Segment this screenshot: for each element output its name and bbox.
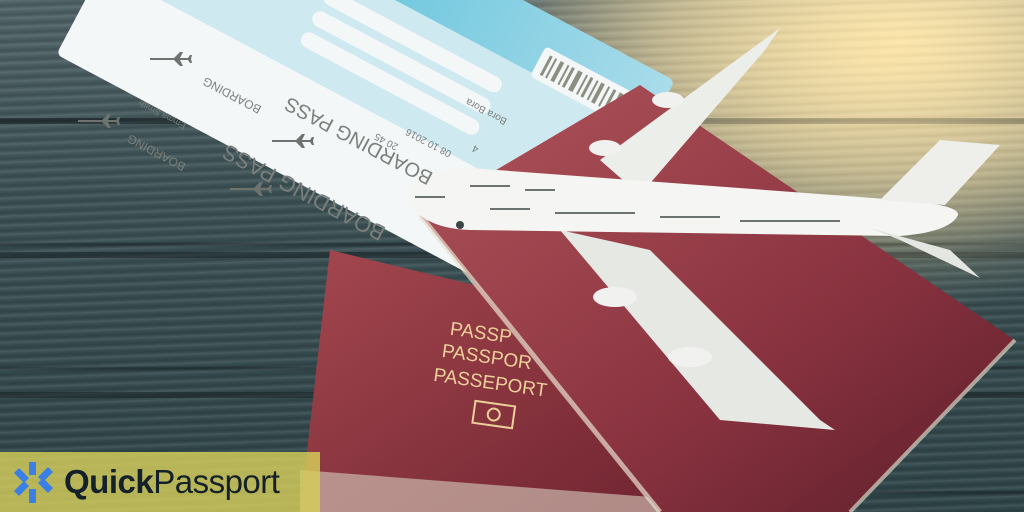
photo-illustration: PASSP PASSPOR PASSEPORT BOARDING PASS BO…: [0, 0, 1024, 512]
photo-background: PASSP PASSPOR PASSEPORT BOARDING PASS BO…: [0, 0, 1024, 512]
brand-name-regular: Passport: [153, 463, 279, 500]
asterisk-burst-icon: [10, 459, 56, 505]
svg-text:BOARDING: BOARDING: [125, 131, 188, 173]
brand-logo-band: QuickPassport: [0, 452, 320, 512]
brand-name-bold: Quick: [64, 463, 153, 500]
brand-name: QuickPassport: [64, 463, 279, 501]
